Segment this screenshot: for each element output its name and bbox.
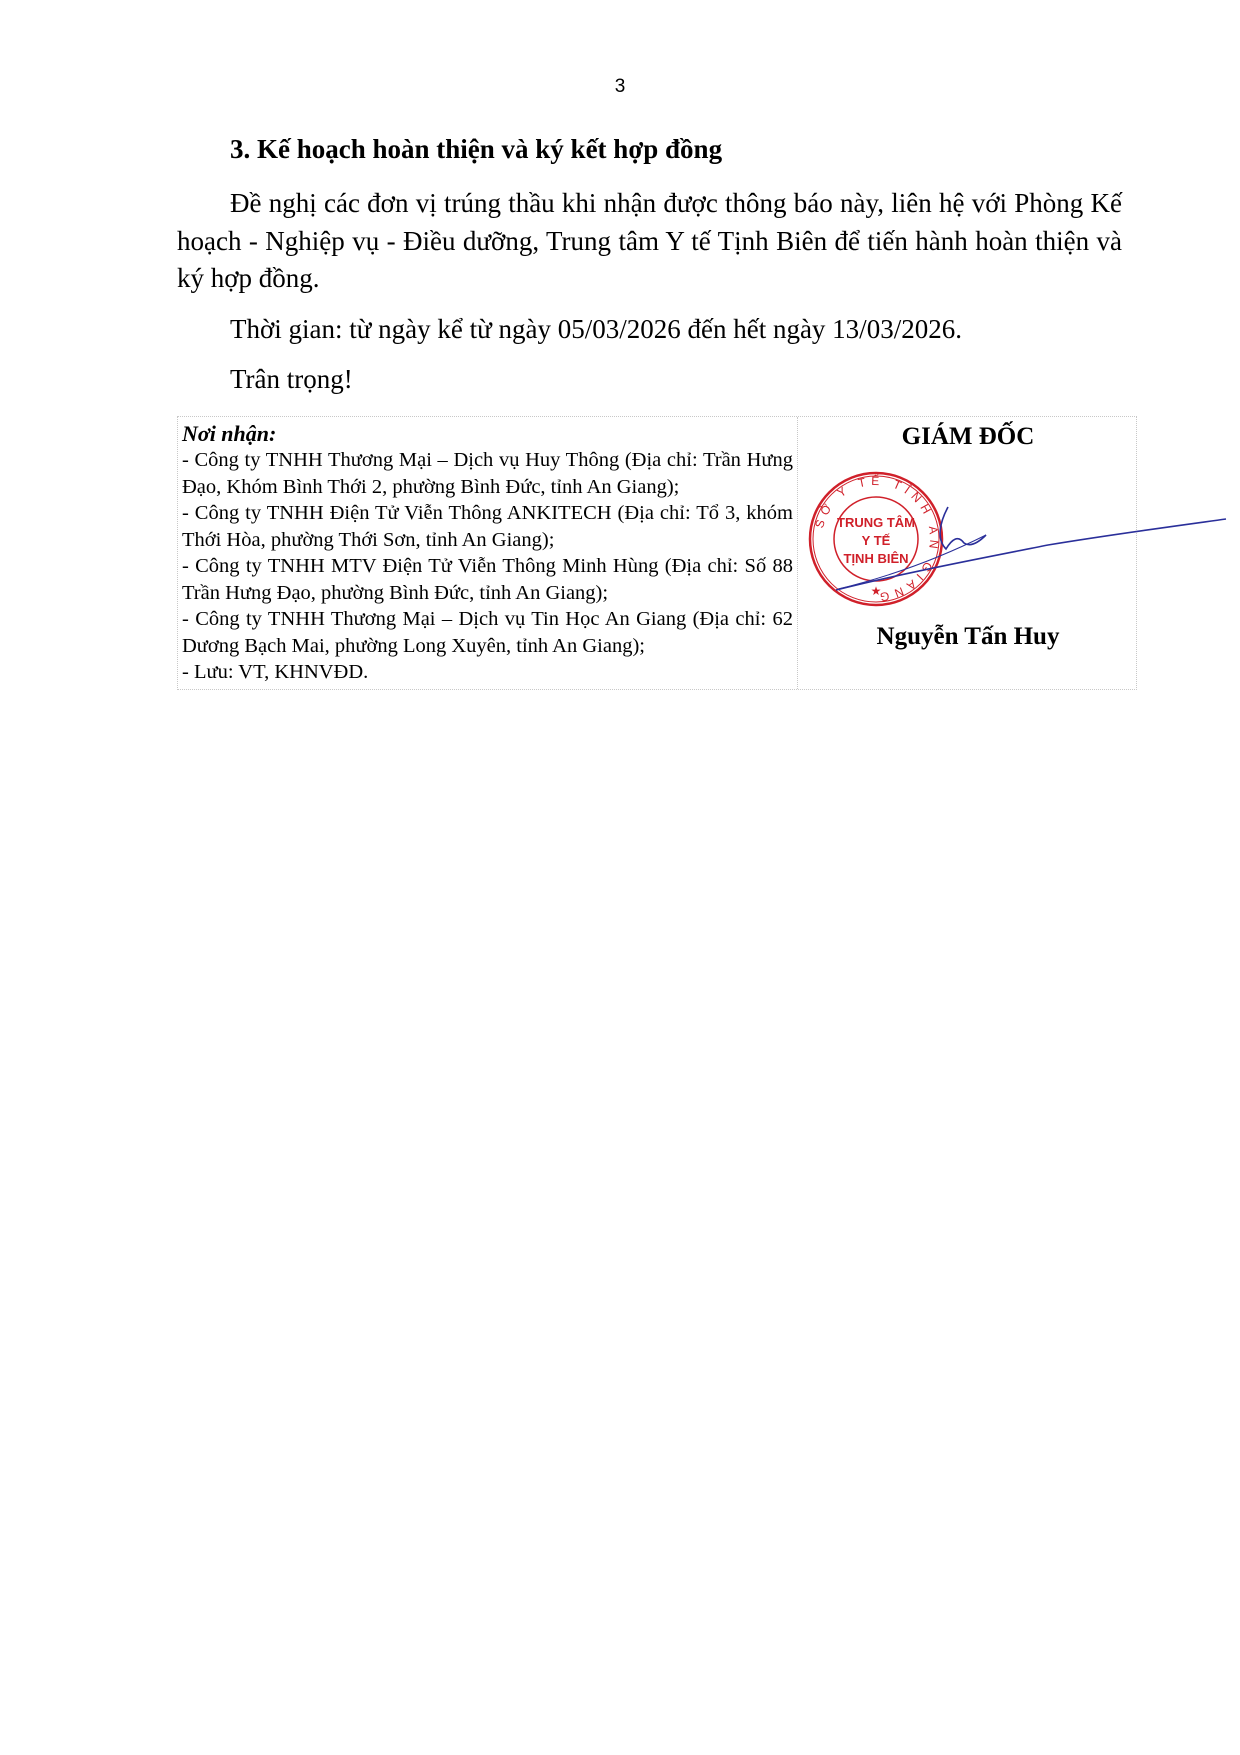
signer-role: GIÁM ĐỐC <box>798 423 1138 451</box>
handwritten-signature <box>828 477 1228 627</box>
signer-column: GIÁM ĐỐC SỞ Y TẾ TỈNH AN GIANG TRUNG TÂM… <box>798 417 1138 689</box>
time-period-line: Thời gian: từ ngày kể từ ngày 05/03/2026… <box>230 314 962 345</box>
signer-name: Nguyễn Tấn Huy <box>798 623 1138 651</box>
signature-table: Nơi nhận: - Công ty TNHH Thương Mại – Dị… <box>177 416 1137 690</box>
recipient-item: - Công ty TNHH MTV Điện Tử Viễn Thông Mi… <box>182 553 793 606</box>
recipient-item: - Công ty TNHH Thương Mại – Dịch vụ Huy … <box>182 447 793 500</box>
page-number: 3 <box>0 76 1240 98</box>
recipient-item: - Công ty TNHH Thương Mại – Dịch vụ Tin … <box>182 606 793 659</box>
recipient-item: - Công ty TNHH Điện Tử Viễn Thông ANKITE… <box>182 500 793 553</box>
recipient-item: - Lưu: VT, KHNVĐD. <box>182 659 793 686</box>
recipients-title: Nơi nhận: <box>182 421 793 447</box>
closing-line: Trân trọng! <box>230 364 353 395</box>
recipients-column: Nơi nhận: - Công ty TNHH Thương Mại – Dị… <box>178 417 798 689</box>
recipients-list: - Công ty TNHH Thương Mại – Dịch vụ Huy … <box>182 447 793 686</box>
section-heading: 3. Kế hoạch hoàn thiện và ký kết hợp đồn… <box>230 134 722 165</box>
request-paragraph: Đề nghị các đơn vị trúng thầu khi nhận đ… <box>177 185 1122 298</box>
